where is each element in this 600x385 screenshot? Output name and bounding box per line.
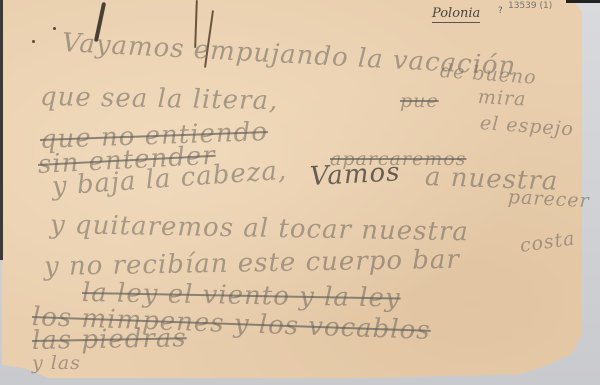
handwritten-line: que sea la litera, <box>40 82 279 116</box>
handwritten-line-struck: pue <box>400 90 439 112</box>
archive-label-mark: ? <box>498 6 503 16</box>
handwritten-line: Vamos <box>309 157 401 192</box>
archive-label-title: Polonia <box>432 6 480 23</box>
scan-edge-shadow <box>0 0 3 260</box>
scan-corner-shadow <box>566 0 600 3</box>
handwritten-line: y las <box>32 352 81 374</box>
ink-speck <box>32 40 35 43</box>
archive-catalog-number: 13539 (1) <box>508 1 552 11</box>
ink-speck <box>53 27 56 30</box>
handwritten-line: mira <box>477 86 527 111</box>
handwritten-line: parecer <box>507 186 590 212</box>
